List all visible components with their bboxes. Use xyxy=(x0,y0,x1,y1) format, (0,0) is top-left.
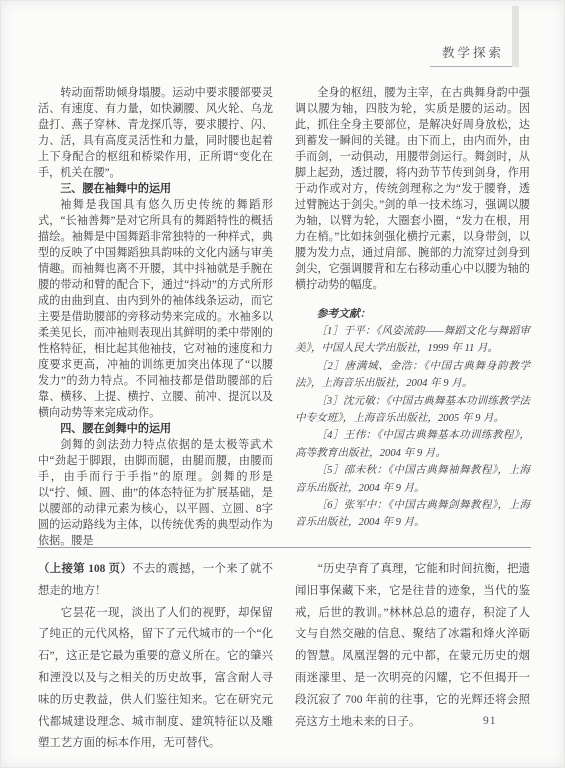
paragraph-sword-dance-continued: 全身的枢纽，腰为主宰，在古典舞身韵中强调以腰为轴，四肢为轮，实质是腰的运动。因此… xyxy=(295,85,530,293)
section-heading-sleeve-dance: 三、腰在袖舞中的运用 xyxy=(38,181,273,197)
page-number: 91 xyxy=(483,715,497,727)
section-label: 教学探索 xyxy=(442,43,504,61)
continuation-left-column: （上接第 108 页）不去的震撼，一个来了就不想走的地方！ 它昙花一现，淡出了人… xyxy=(38,559,273,755)
reference-item: ［6］张军中：《中国古典舞剑舞教程》，上海音乐出版社，2004 年 9 月。 xyxy=(295,497,530,532)
continuation-article: （上接第 108 页）不去的震撼，一个来了就不想走的地方！ 它昙花一现，淡出了人… xyxy=(38,559,530,755)
continuation-paragraph-fossil: 它昙花一现，淡出了人们的视野，却保留了纯正的元代风格，留下了元代城市的一个“化石… xyxy=(38,603,273,756)
paragraph-waist-technique: 转动面帮助倾身塌腰。运动中要求腰部要灵活、有速度、有力量，如快涮腰、风火轮、乌龙… xyxy=(38,85,273,181)
reference-item: ［3］沈元敏：《中国古典舞基本功训练教学法中专女班》，上海音乐出版社，2005 … xyxy=(295,393,530,428)
continuation-first-paragraph: （上接第 108 页）不去的震撼，一个来了就不想走的地方！ xyxy=(38,559,273,603)
references-section: 参考文献： ［1］于平：《风姿流韵——舞蹈文化与舞蹈审美》，中国人民大学出版社，… xyxy=(295,306,530,532)
main-left-column: 转动面帮助倾身塌腰。运动中要求腰部要灵活、有速度、有力量，如快涮腰、风火轮、乌龙… xyxy=(38,85,273,549)
paragraph-sleeve-dance: 袖舞是我国具有悠久历史传统的舞蹈形式，“长袖善舞”是对它所具有的舞蹈特性的概括描… xyxy=(38,197,273,421)
header-tab-edge-bar xyxy=(512,6,519,67)
reference-item: ［2］唐满城、金浩：《中国古典舞身韵教学法》，上海音乐出版社，2004 年 9 … xyxy=(295,358,530,393)
main-right-column: 全身的枢纽，腰为主宰，在古典舞身韵中强调以腰为轴，四肢为轮，实质是腰的运动。因此… xyxy=(295,85,530,549)
section-heading-sword-dance: 四、腰在剑舞中的运用 xyxy=(38,421,273,437)
section-divider xyxy=(37,547,531,548)
paragraph-sword-dance-start: 剑舞的剑法劲力特点依据的是太极等武术中“劲起于脚跟，由脚而腿，由腿而腰，由腰而手… xyxy=(38,437,273,549)
journal-page: 教学探索 转动面帮助倾身塌腰。运动中要求腰部要灵活、有速度、有力量，如快涮腰、风… xyxy=(0,0,565,768)
references-title: 参考文献： xyxy=(295,306,530,323)
reference-item: ［4］王伟：《中国古典舞基本功训练教程》，高等教育出版社，2004 年 9 月。 xyxy=(295,427,530,462)
section-header-tab: 教学探索 xyxy=(430,1,512,67)
continuation-paragraph-history: “历史孕育了真理，它能和时间抗衡，把遗闻旧事保藏下来，它是往昔的迹象，当代的鉴戒… xyxy=(295,559,530,733)
reference-item: ［5］邵未秋：《中国古典舞袖舞教程》，上海音乐出版社，2004 年 9 月。 xyxy=(295,462,530,497)
continued-from-label: （上接第 108 页） xyxy=(38,563,132,575)
main-article: 转动面帮助倾身塌腰。运动中要求腰部要灵活、有速度、有力量，如快涮腰、风火轮、乌龙… xyxy=(38,85,530,549)
reference-item: ［1］于平：《风姿流韵——舞蹈文化与舞蹈审美》，中国人民大学出版社，1999 年… xyxy=(295,323,530,358)
